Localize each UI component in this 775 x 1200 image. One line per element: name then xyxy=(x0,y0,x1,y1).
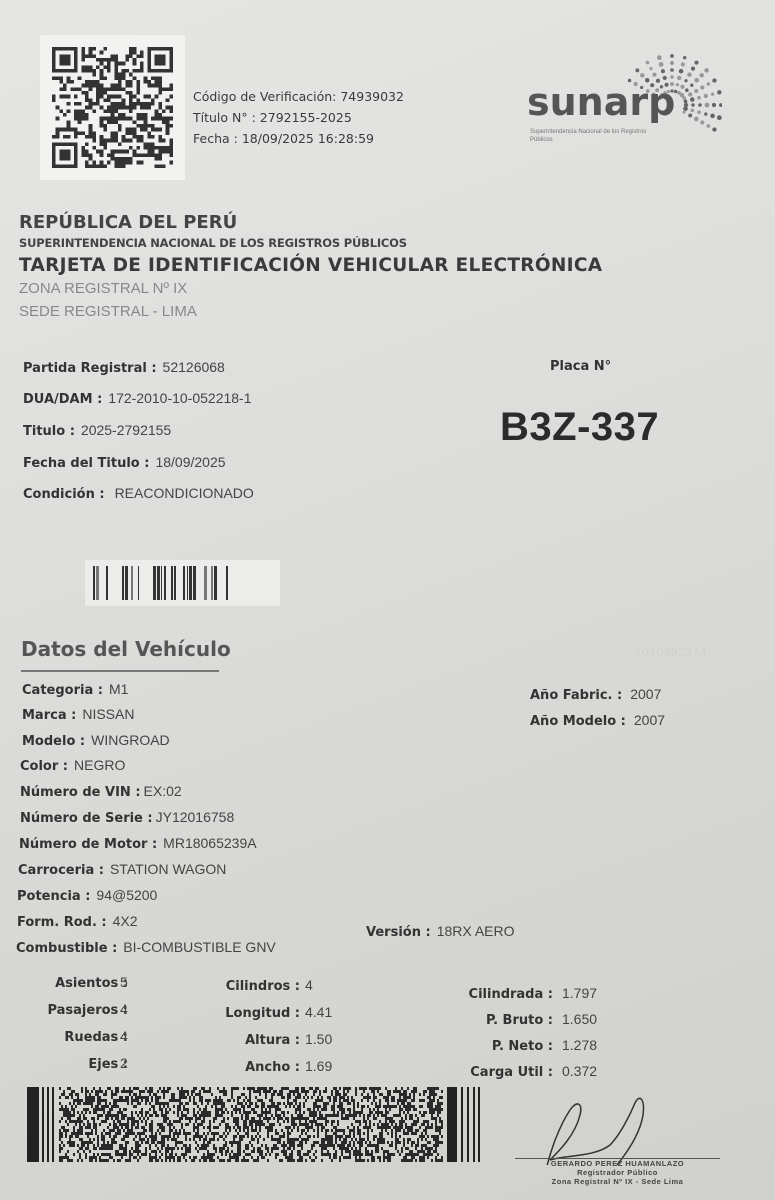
logo-subtitle: Superintendencia Nacional de los Registr… xyxy=(530,128,650,144)
pdf417-barcode xyxy=(27,1087,482,1162)
zona-registral: ZONA REGISTRAL Nº IX xyxy=(19,280,187,297)
field-numero-serie: Número de Serie :JY12016758 xyxy=(20,809,234,826)
field-ancho: Ancho : xyxy=(245,1058,300,1075)
field-partida-registral: Partida Registral :52126068 xyxy=(23,359,225,376)
country-heading: REPÚBLICA DEL PERÚ xyxy=(19,212,237,233)
field-carga-util: Carga Util : xyxy=(470,1063,553,1080)
document-title: TARJETA DE IDENTIFICACIÓN VEHICULAR ELEC… xyxy=(19,255,602,276)
field-anio-fabric: Año Fabric. :2007 xyxy=(530,686,661,703)
agency-heading: SUPERINTENDENCIA NACIONAL DE LOS REGISTR… xyxy=(19,236,407,250)
field-color: Color :NEGRO xyxy=(20,757,125,774)
field-anio-modelo: Año Modelo :2007 xyxy=(530,712,665,729)
sunarp-logo: sunarp Superintendencia Nacional de los … xyxy=(522,50,722,150)
p-neto-value: 1.278 xyxy=(562,1037,597,1053)
cilindros-value: 4 xyxy=(305,977,313,993)
ejes-value: 2 xyxy=(120,1055,128,1071)
verification-code: Código de Verificación: 74939032 xyxy=(193,86,404,107)
field-carroceria: Carroceria :STATION WAGON xyxy=(18,861,226,878)
field-marca: Marca :NISSAN xyxy=(22,706,134,723)
qr-code-icon xyxy=(52,47,173,168)
field-cilindros: Cilindros : xyxy=(226,977,300,994)
field-titulo: Titulo :2025-2792155 xyxy=(23,422,171,439)
field-pasajeros: Pasajeros : xyxy=(47,1001,128,1018)
signature-block: GERARDO PEREZ HUAMANLAZO Registrador Púb… xyxy=(505,1095,720,1195)
asientos-value: 5 xyxy=(120,974,128,990)
placa-label: Placa N° xyxy=(550,359,611,374)
barcode-icon xyxy=(93,566,238,600)
field-ruedas: Ruedas : xyxy=(64,1028,128,1045)
section-divider xyxy=(21,670,219,672)
sede-registral: SEDE REGISTRAL - LIMA xyxy=(19,303,197,320)
field-fecha-titulo: Fecha del Titulo :18/09/2025 xyxy=(23,454,226,471)
field-numero-vin: Número de VIN :EX:02 xyxy=(20,783,182,800)
altura-value: 1.50 xyxy=(305,1031,332,1047)
field-version: Versión :18RX AERO xyxy=(366,923,515,940)
field-p-neto: P. Neto : xyxy=(492,1037,553,1054)
field-modelo: Modelo :WINGROAD xyxy=(22,732,170,749)
registrar-zona: Zona Registral Nº IX - Sede Lima xyxy=(515,1177,720,1186)
watermark-number: 1010952374 xyxy=(635,645,707,659)
placa-number: B3Z-337 xyxy=(500,405,659,450)
registrar-name: GERARDO PEREZ HUAMANLAZO xyxy=(515,1159,720,1168)
field-categoria: Categoria :M1 xyxy=(22,681,128,698)
ancho-value: 1.69 xyxy=(305,1058,332,1074)
pdf417-barcode-icon xyxy=(27,1087,482,1162)
carga-util-value: 0.372 xyxy=(562,1063,597,1079)
field-form-rod: Form. Rod. :4X2 xyxy=(17,913,138,930)
verification-date: Fecha : 18/09/2025 16:28:59 xyxy=(193,128,404,149)
registrar-title: Registrador Público xyxy=(515,1168,720,1177)
field-longitud: Longitud : xyxy=(225,1004,300,1021)
ruedas-value: 4 xyxy=(120,1028,128,1044)
cilindrada-value: 1.797 xyxy=(562,985,597,1001)
pasajeros-value: 4 xyxy=(120,1001,128,1017)
field-cilindrada: Cilindrada : xyxy=(469,985,553,1002)
field-asientos: Asientos : xyxy=(55,974,128,991)
field-condicion: Condición :REACONDICIONADO xyxy=(23,485,254,502)
barcode xyxy=(85,560,280,606)
p-bruto-value: 1.650 xyxy=(562,1011,597,1027)
field-numero-motor: Número de Motor :MR18065239A xyxy=(19,835,257,852)
verification-title-number: Título N° : 2792155-2025 xyxy=(193,107,404,128)
field-dua-dam: DUA/DAM :172-2010-10-052218-1 xyxy=(23,390,252,407)
verification-block: Código de Verificación: 74939032 Título … xyxy=(193,86,404,149)
logo-wordmark: sunarp xyxy=(527,80,675,124)
field-altura: Altura : xyxy=(245,1031,300,1048)
qr-code xyxy=(40,35,185,180)
field-combustible: Combustible :BI-COMBUSTIBLE GNV xyxy=(16,939,276,956)
field-potencia: Potencia :94@5200 xyxy=(17,887,157,904)
section-title-datos-vehiculo: Datos del Vehículo xyxy=(21,637,231,661)
signature-caption: GERARDO PEREZ HUAMANLAZO Registrador Púb… xyxy=(515,1159,720,1186)
signature-icon xyxy=(505,1095,720,1165)
field-p-bruto: P. Bruto : xyxy=(486,1011,553,1028)
longitud-value: 4.41 xyxy=(305,1004,332,1020)
